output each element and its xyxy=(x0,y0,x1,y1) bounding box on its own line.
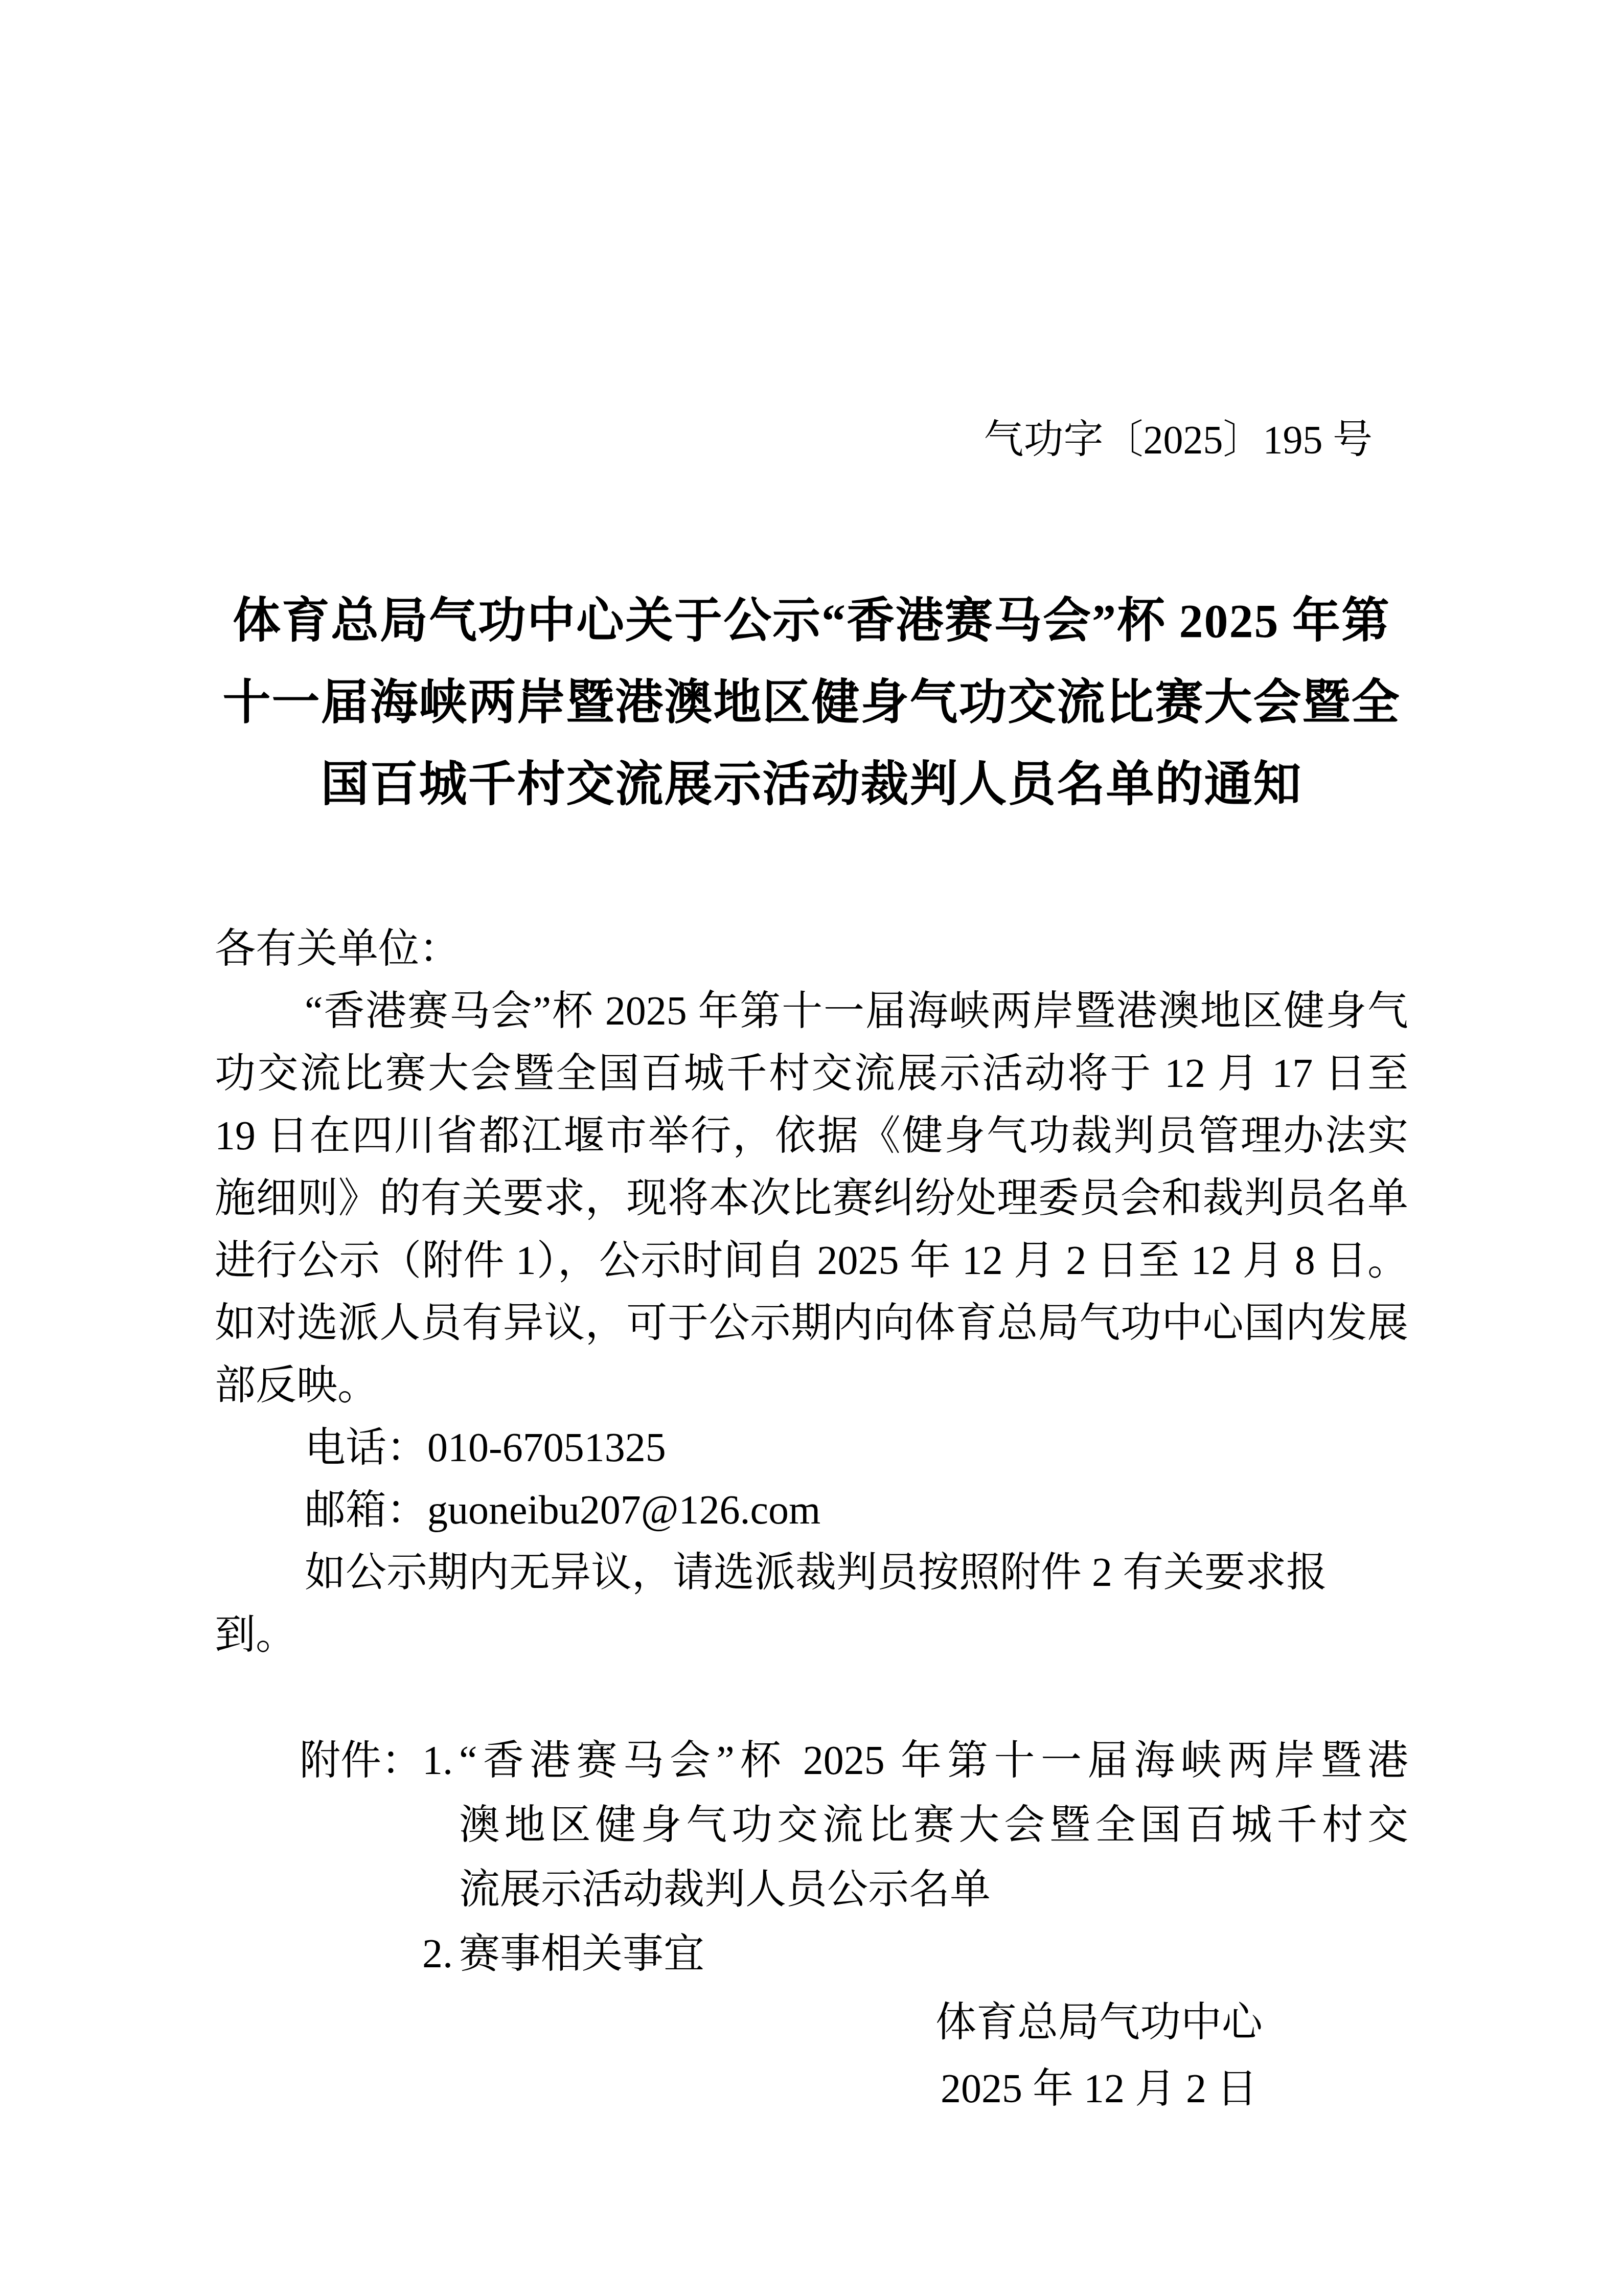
title-line-1: 体育总局气功中心关于公示“香港赛马会”杯 2025 年第 xyxy=(215,580,1408,662)
email-line: 邮箱：guoneibu207@126.com xyxy=(215,1479,1408,1541)
phone-line: 电话：010-67051325 xyxy=(215,1417,1408,1479)
email-value: guoneibu207@126.com xyxy=(427,1488,820,1533)
doc-number: 气功字〔2025〕195 号 xyxy=(215,414,1408,465)
phone-label: 电话： xyxy=(305,1425,427,1470)
attachment-2-number: 2. xyxy=(422,1931,459,1976)
attachment-item-1: 附件： 1. “香港赛马会”杯 2025 年第十一届海峡两岸暨港 澳地区健身气功… xyxy=(300,1729,1408,1922)
document-title: 体育总局气功中心关于公示“香港赛马会”杯 2025 年第 十一届海峡两岸暨港澳地… xyxy=(215,580,1408,826)
title-line-2: 十一届海峡两岸暨港澳地区健身气功交流比赛大会暨全 xyxy=(215,662,1408,744)
body-paragraph: “香港赛马会”杯 2025 年第十一届海峡两岸暨港澳地区健身气功交流比赛大会暨全… xyxy=(215,980,1408,1417)
attachment-2-title: 赛事相关事宜 xyxy=(459,1931,704,1976)
attachment-1-line-1: “香港赛马会”杯 2025 年第十一届海峡两岸暨港 xyxy=(459,1729,1408,1793)
attachment-1-number: 1. xyxy=(422,1729,459,1922)
salutation: 各有关单位： xyxy=(215,918,1408,980)
signature-block: 体育总局气功中心 2025 年 12 月 2 日 xyxy=(843,1989,1355,2122)
attachment-1-title: “香港赛马会”杯 2025 年第十一届海峡两岸暨港 澳地区健身气功交流比赛大会暨… xyxy=(459,1729,1408,1922)
phone-value: 010-67051325 xyxy=(427,1425,666,1470)
attachment-1-line-3: 流展示活动裁判人员公示名单 xyxy=(459,1857,1408,1922)
attachments-label: 附件： xyxy=(300,1729,422,1922)
document-page: 气功字〔2025〕195 号 体育总局气功中心关于公示“香港赛马会”杯 2025… xyxy=(0,0,1623,2296)
signature-org: 体育总局气功中心 xyxy=(843,1989,1355,2056)
closing-line: 如公示期内无异议，请选派裁判员按照附件 2 有关要求报到。 xyxy=(215,1541,1408,1666)
title-line-3: 国百城千村交流展示活动裁判人员名单的通知 xyxy=(215,744,1408,826)
signature-date: 2025 年 12 月 2 日 xyxy=(843,2056,1355,2122)
attachment-1-line-2: 澳地区健身气功交流比赛大会暨全国百城千村交 xyxy=(459,1793,1408,1857)
attachment-item-2: 2.赛事相关事宜 xyxy=(422,1922,1408,1986)
attachments-block: 附件： 1. “香港赛马会”杯 2025 年第十一届海峡两岸暨港 澳地区健身气功… xyxy=(215,1729,1408,1986)
email-label: 邮箱： xyxy=(305,1488,427,1533)
